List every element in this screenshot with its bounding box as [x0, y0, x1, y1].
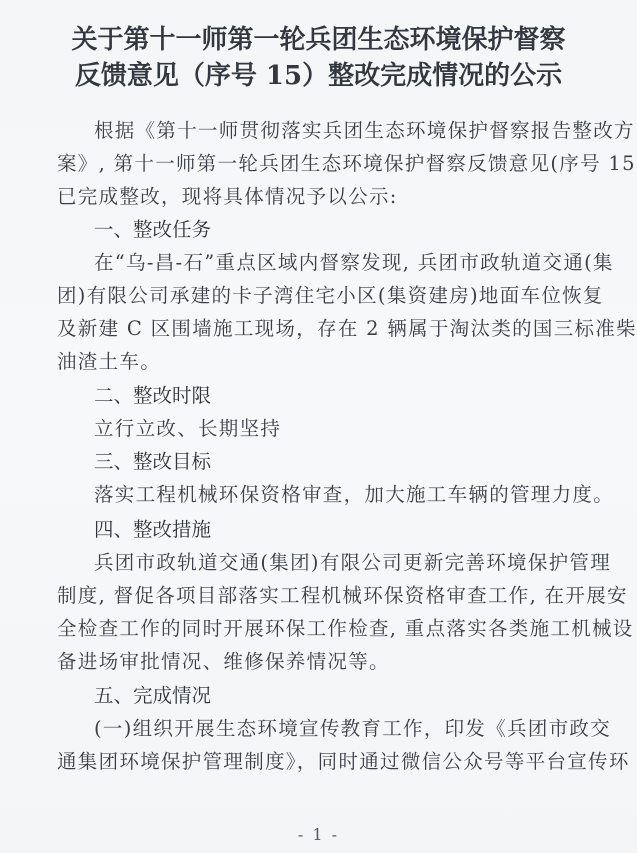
section-heading-completion: 五、完成情况: [94, 680, 211, 708]
section-4-line-3: 全检查工作的同时开展环保工作检查, 重点落实各类施工机械设: [57, 613, 597, 641]
section-1-line-3: 及新建 C 区围墙施工现场，存在 2 辆属于淘汰类的国三标准柴: [57, 313, 597, 341]
section-2-line-1: 立行立改、长期坚持: [94, 413, 634, 441]
section-heading-measures: 四、整改措施: [94, 514, 211, 542]
section-5-line-2: 通集团环境保护管理制度》，同时通过微信公众号等平台宣传环: [57, 746, 597, 774]
document-title-line-2: 反馈意见（序号 15）整改完成情况的公示: [0, 55, 637, 92]
document-title-line-1: 关于第十一师第一轮兵团生态环境保护督察: [0, 19, 637, 56]
section-heading-goal: 三、整改目标: [94, 446, 211, 474]
section-1-line-4: 油渣土车。: [57, 346, 597, 374]
section-5-line-1: (一)组织开展生态环境宣传教育工作，印发《兵团市政交: [94, 713, 597, 741]
section-4-line-1: 兵团市政轨道交通(集团)有限公司更新完善环境保护管理: [94, 547, 597, 575]
intro-line-3: 已完成整改，现将具体情况予以公示:: [57, 181, 597, 209]
section-heading-tasks: 一、整改任务: [94, 214, 211, 242]
document-page: 关于第十一师第一轮兵团生态环境保护督察 反馈意见（序号 15）整改完成情况的公示…: [0, 0, 637, 853]
intro-line-1: 根据《第十一师贯彻落实兵团生态环境保护督察报告整改方: [94, 115, 597, 143]
section-1-line-2: 团)有限公司承建的卡子湾住宅小区(集资建房)地面车位恢复: [57, 280, 597, 308]
section-heading-deadline: 二、整改时限: [94, 380, 211, 408]
section-4-line-4: 备进场审批情况、维修保养情况等。: [57, 646, 597, 674]
section-4-line-2: 制度, 督促各项目部落实工程机械环保资格审查工作, 在开展安: [57, 580, 597, 608]
section-1-line-1: 在“乌-昌-石”重点区域内督察发现, 兵团市政轨道交通(集: [94, 247, 597, 275]
section-3-line-1: 落实工程机械环保资格审查，加大施工车辆的管理力度。: [94, 479, 634, 507]
page-number: - 1 -: [0, 825, 637, 844]
intro-line-2: 案》, 第十一师第一轮兵团生态环境保护督察反馈意见(序号 15): [57, 148, 597, 176]
